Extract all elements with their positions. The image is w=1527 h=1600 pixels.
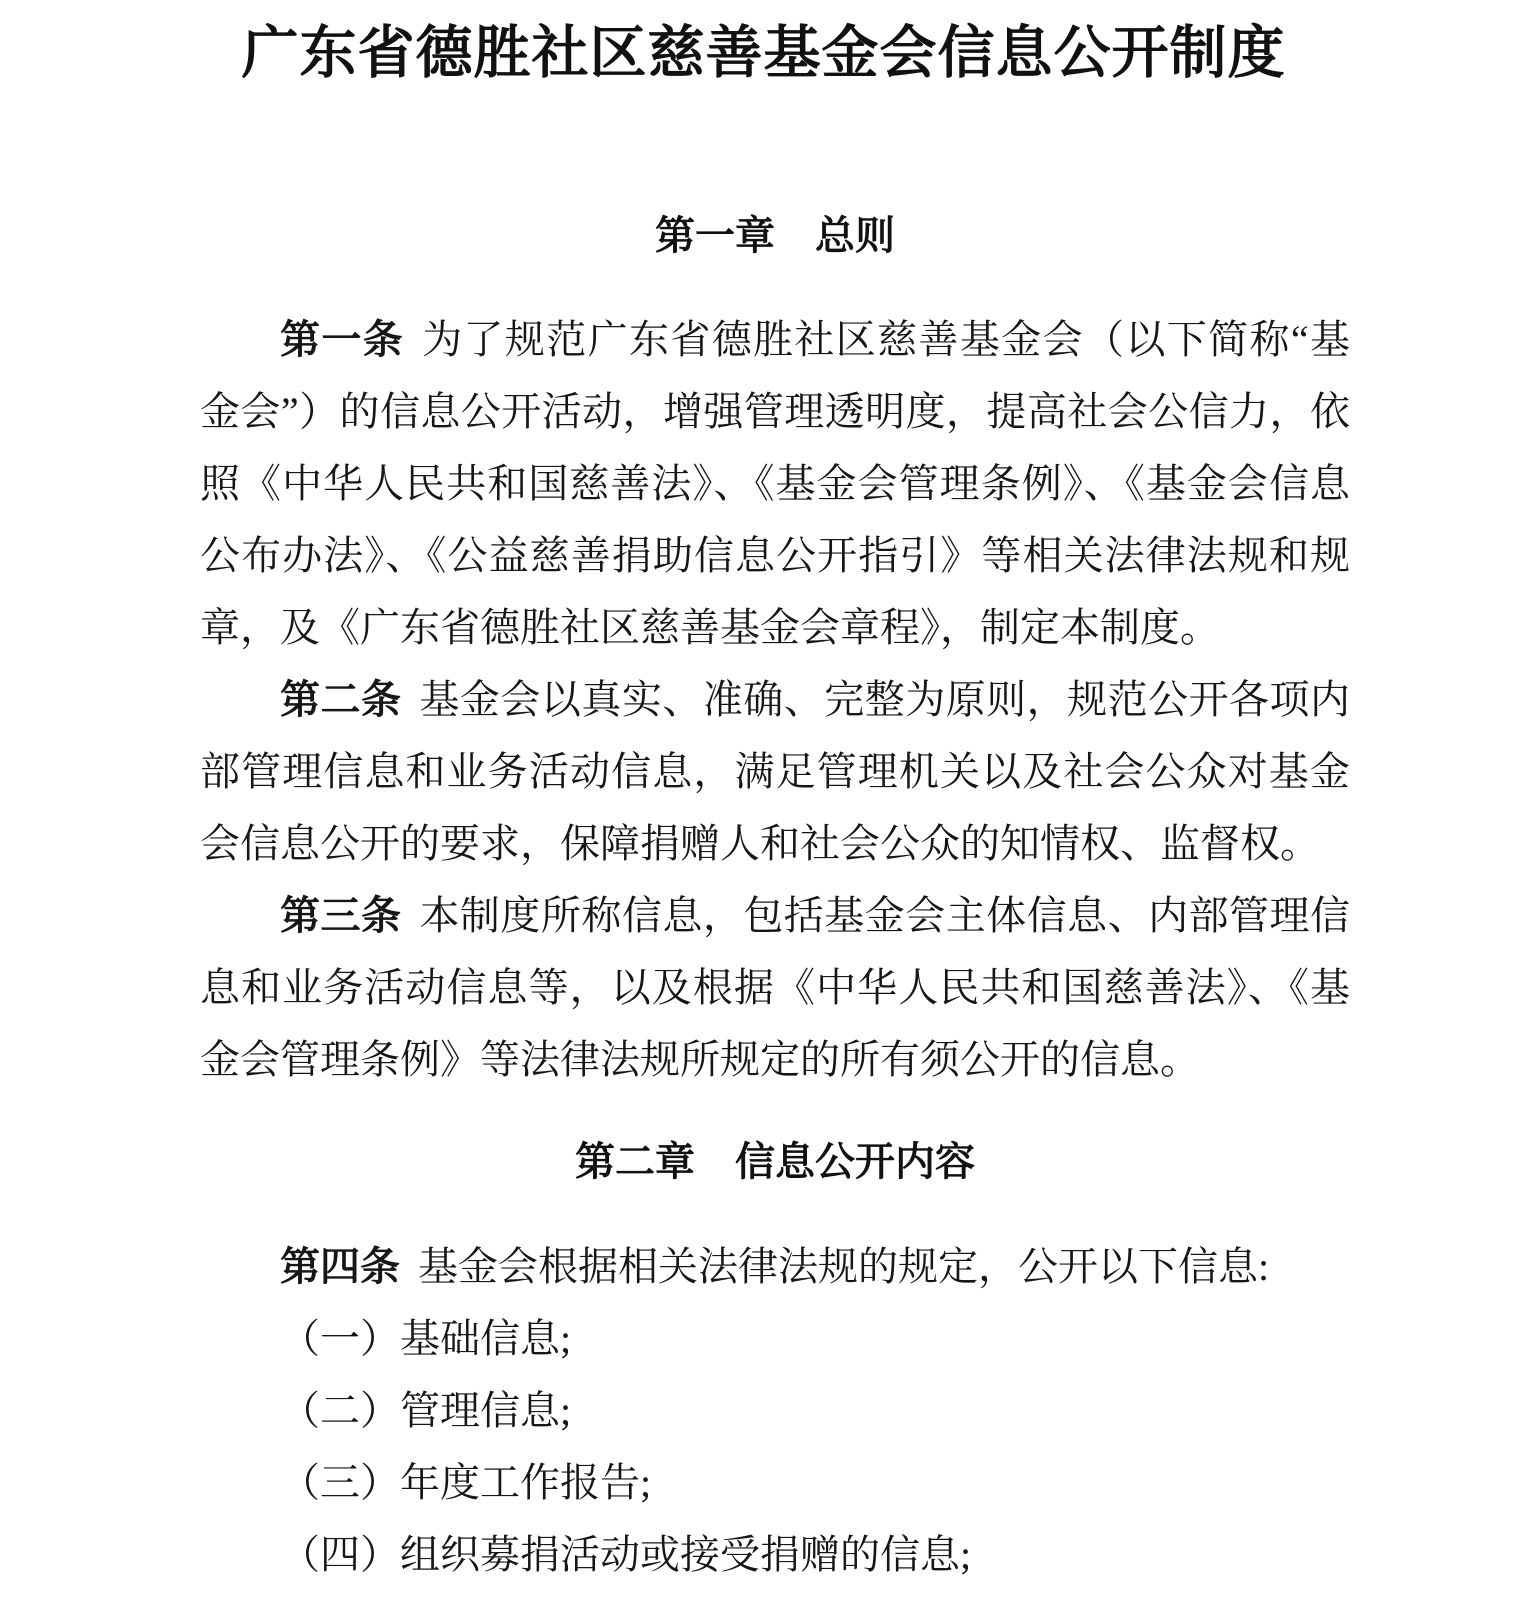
- article-4-paragraph: 第四条基金会根据相关法律法规的规定，公开以下信息:: [200, 1231, 1350, 1303]
- article-3-paragraph: 第三条本制度所称信息，包括基金会主体信息、内部管理信息和业务活动信息等，以及根据…: [200, 880, 1350, 1096]
- article-1-paragraph: 第一条为了规范广东省德胜社区慈善基金会（以下简称“基金会”）的信息公开活动，增强…: [200, 304, 1350, 664]
- article-2-paragraph: 第二条基金会以真实、准确、完整为原则，规范公开各项内部管理信息和业务活动信息，满…: [200, 664, 1350, 880]
- article-1-number: 第一条: [280, 318, 404, 362]
- chapter-2-heading: 第二章 信息公开内容: [200, 1140, 1350, 1184]
- article-2-number: 第二条: [280, 678, 401, 722]
- disclosure-list-item-3: （三）年度工作报告;: [200, 1447, 1350, 1519]
- document-page: 广东省德胜社区慈善基金会信息公开制度 第一章 总则 第一条为了规范广东省德胜社区…: [0, 0, 1527, 1600]
- article-4-number: 第四条: [280, 1245, 400, 1289]
- chapter-1-heading: 第一章 总则: [200, 214, 1350, 258]
- disclosure-list-item-2: （二）管理信息;: [200, 1375, 1350, 1447]
- article-1-text: 为了规范广东省德胜社区慈善基金会（以下简称“基金会”）的信息公开活动，增强管理透…: [200, 317, 1350, 650]
- article-3-number: 第三条: [280, 894, 401, 938]
- document-body: 第一章 总则 第一条为了规范广东省德胜社区慈善基金会（以下简称“基金会”）的信息…: [200, 214, 1350, 1591]
- document-title: 广东省德胜社区慈善基金会信息公开制度: [0, 0, 1527, 86]
- article-4-text: 基金会根据相关法律法规的规定，公开以下信息:: [418, 1244, 1269, 1289]
- disclosure-list-item-4: （四）组织募捐活动或接受捐赠的信息;: [200, 1519, 1350, 1591]
- disclosure-list-item-1: （一）基础信息;: [200, 1303, 1350, 1375]
